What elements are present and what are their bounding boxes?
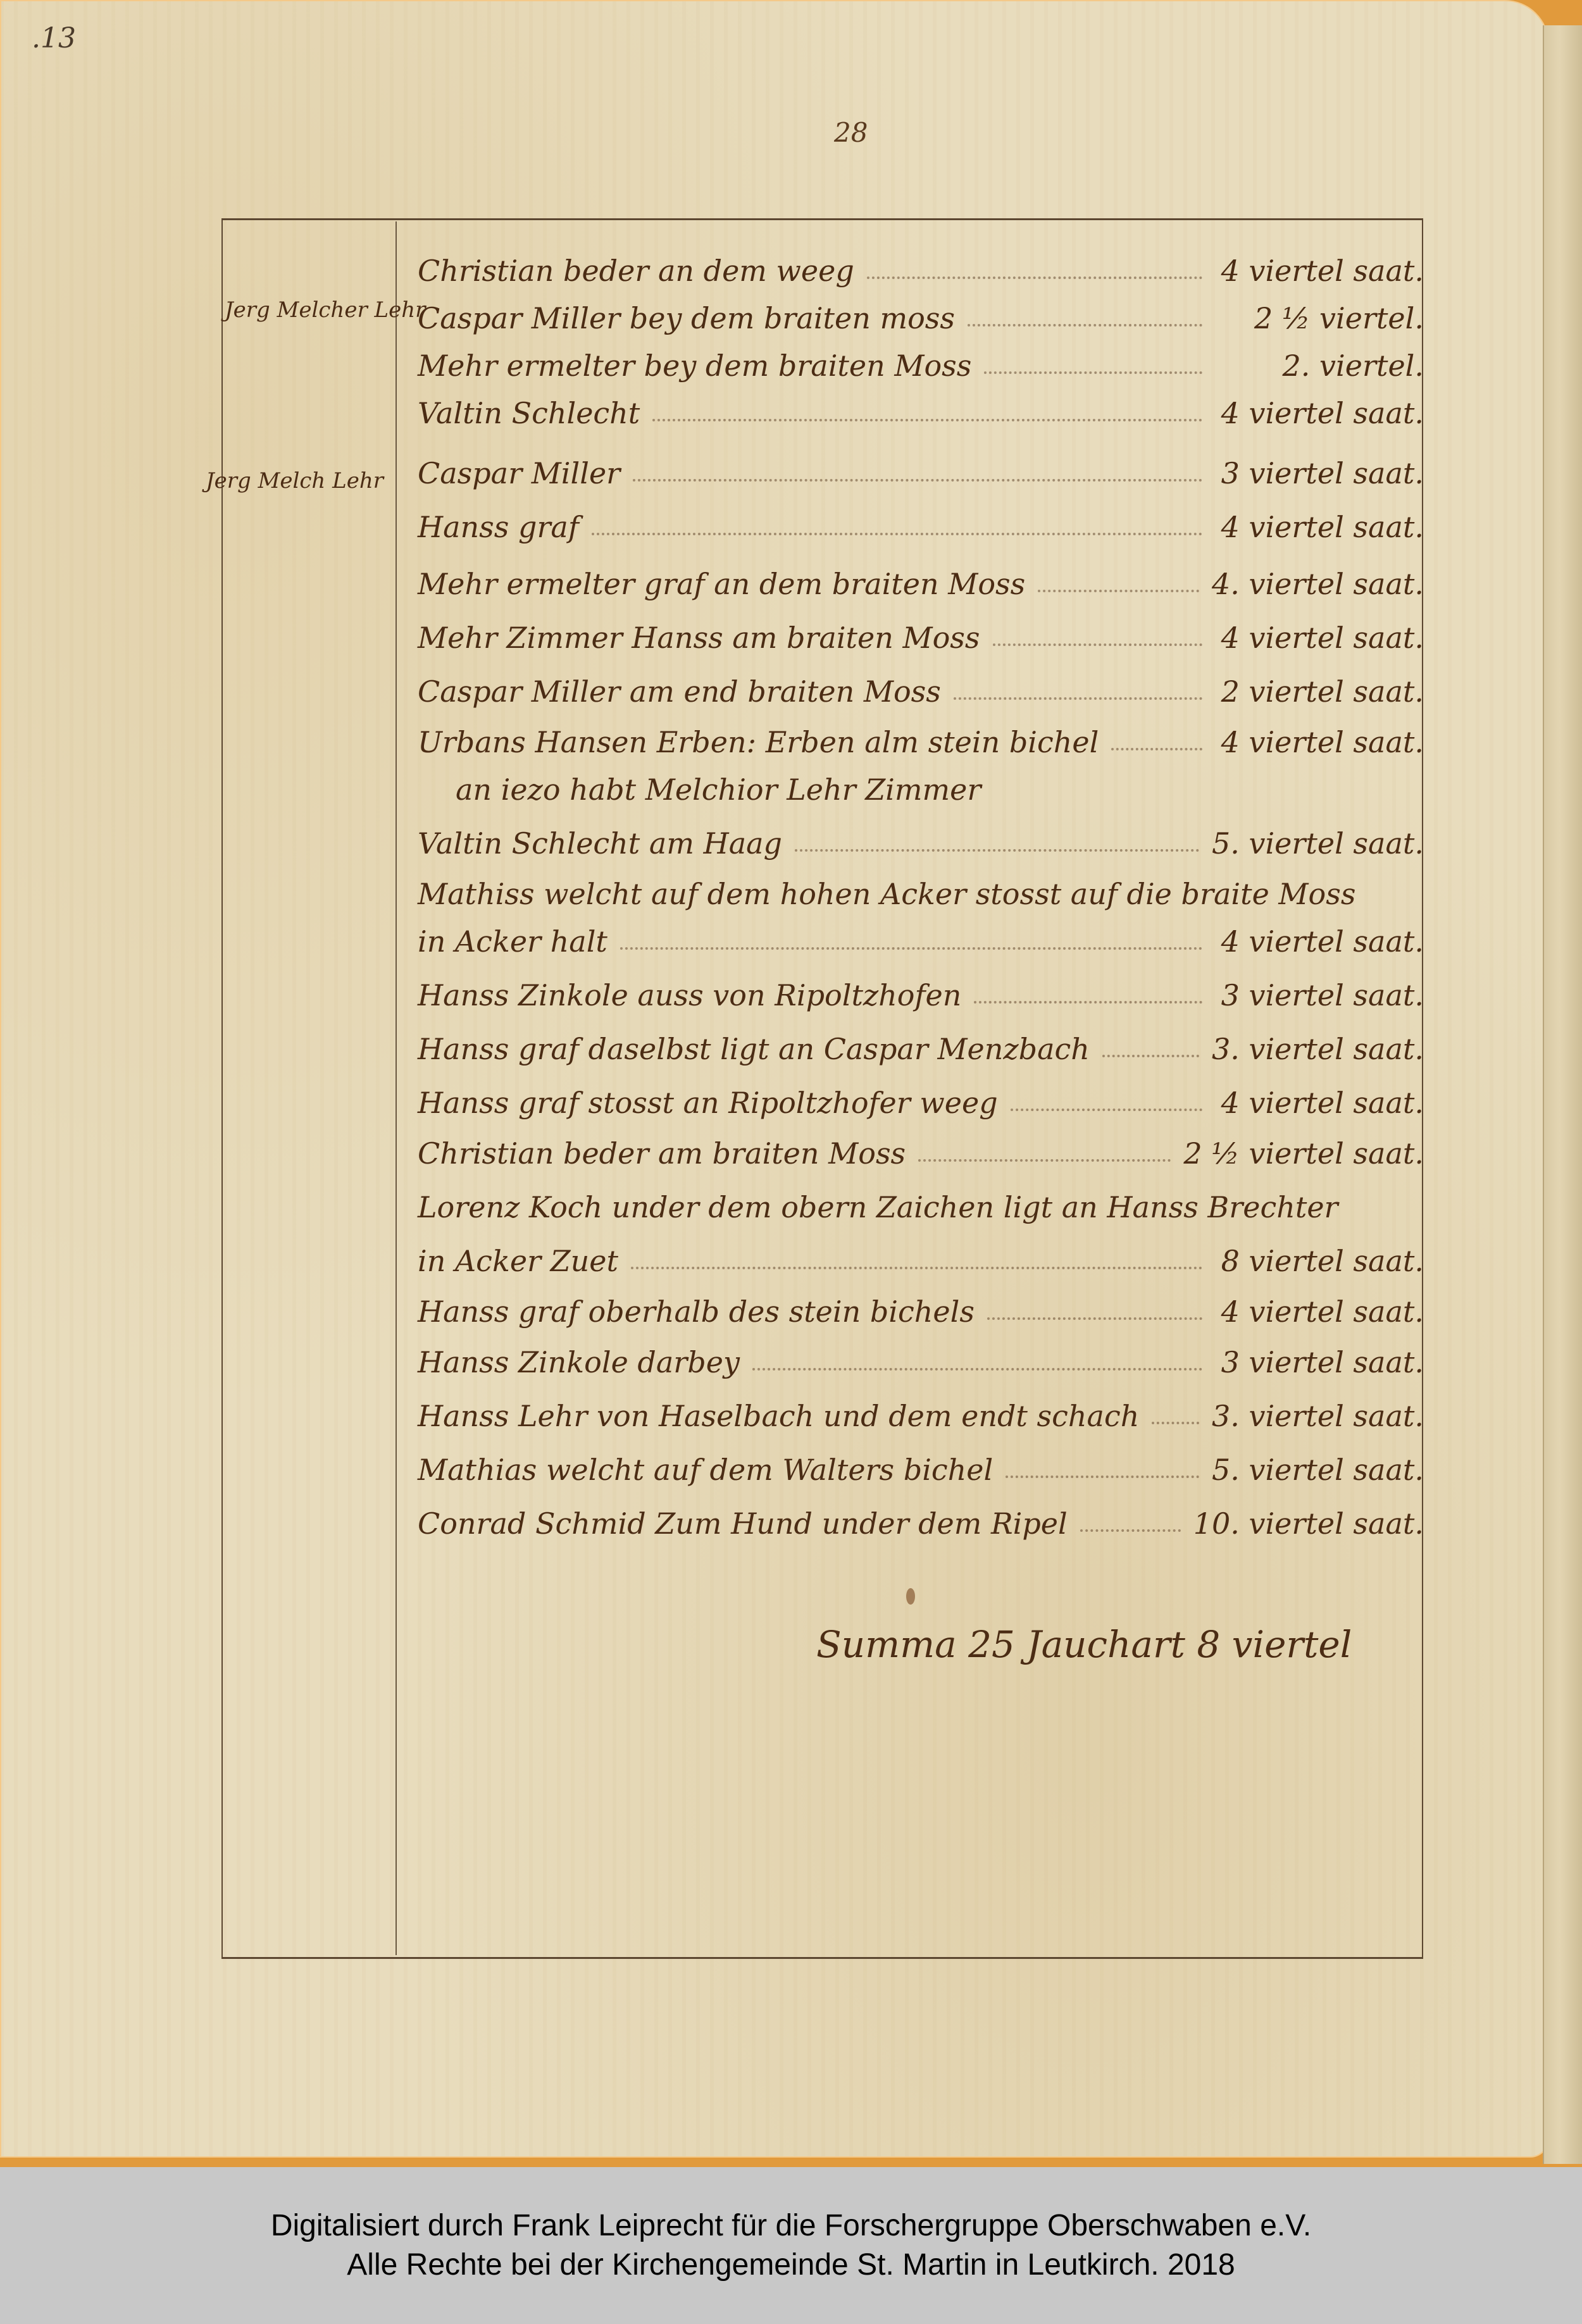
entry-text: Caspar Miller [418, 456, 620, 490]
entry-row: Hanss Zinkole auss von Ripoltzhofen3 vie… [418, 968, 1424, 1012]
margin-note: Jerg Melcher Lehr [225, 297, 425, 323]
entry-text: in Acker Zuet [418, 1244, 618, 1278]
entry-amount: 4 viertel saat. [1215, 621, 1424, 655]
entry-text: Mehr Zimmer Hanss am braiten Moss [418, 621, 980, 655]
entry-row: an iezo habt Melchior Lehr Zimmer [418, 762, 1424, 807]
entry-text: Valtin Schlecht am Haag [418, 826, 782, 861]
summa-total: Summa 25 Jauchart 8 viertel [816, 1623, 1352, 1666]
entry-amount: 2. viertel. [1215, 349, 1424, 383]
leader-dots [993, 643, 1202, 646]
entry-amount: 4 viertel saat. [1215, 510, 1424, 544]
entry-row: Mathiss welcht auf dem hohen Acker stoss… [418, 867, 1424, 911]
leader-dots [620, 947, 1202, 950]
leader-dots [918, 1159, 1171, 1162]
entry-amount: 4 viertel saat. [1215, 254, 1424, 288]
leader-dots [592, 533, 1202, 535]
entry-text: an iezo habt Melchior Lehr Zimmer [418, 773, 981, 807]
entry-text: Lorenz Koch under dem obern Zaichen ligt… [418, 1190, 1338, 1224]
leader-dots [1080, 1529, 1181, 1532]
entry-text: Hanss Zinkole auss von Ripoltzhofen [418, 978, 961, 1012]
page-number: 28 [834, 117, 868, 148]
ink-stain [906, 1588, 915, 1605]
margin-column-rule [395, 221, 397, 1955]
leader-dots [974, 1001, 1202, 1004]
entry-row: Caspar Miller bey dem braiten moss2 ½ vi… [418, 291, 1424, 335]
entry-row: Mehr ermelter graf an dem braiten Moss4.… [418, 557, 1424, 601]
entry-row: Caspar Miller am end braiten Moss2 viert… [418, 664, 1424, 709]
entry-text: Mathias welcht auf dem Walters bichel [418, 1453, 993, 1487]
leader-dots [795, 849, 1199, 852]
entry-amount: 8 viertel saat. [1215, 1244, 1424, 1278]
entry-row: Hanss graf4 viertel saat. [418, 500, 1424, 544]
leader-dots [987, 1317, 1202, 1320]
entry-row: Christian beder am braiten Moss2 ½ viert… [418, 1126, 1424, 1171]
entry-text: in Acker halt [418, 924, 607, 959]
leader-dots [1038, 590, 1199, 592]
entry-amount: 10. viertel saat. [1193, 1507, 1424, 1541]
entry-amount: 2 ½ viertel saat. [1183, 1136, 1424, 1171]
entry-amount: 3 viertel saat. [1215, 456, 1424, 490]
entry-text: Christian beder am braiten Moss [418, 1136, 906, 1171]
caption-line-2: Alle Rechte bei der Kirchengemeinde St. … [347, 2246, 1235, 2285]
margin-note: Jerg Melch Lehr [206, 468, 383, 494]
entry-row: Christian beder an dem weeg4 viertel saa… [418, 244, 1424, 288]
entry-text: Hanss graf daselbst ligt an Caspar Menzb… [418, 1032, 1090, 1066]
leader-dots [867, 277, 1202, 279]
entry-row: Urbans Hansen Erben: Erben alm stein bic… [418, 715, 1424, 759]
folio-number: .13 [32, 22, 76, 54]
entry-text: Caspar Miller am end braiten Moss [418, 674, 941, 709]
leader-dots [1006, 1476, 1199, 1478]
leader-dots [984, 371, 1202, 374]
entry-row: in Acker halt4 viertel saat. [418, 914, 1424, 959]
entry-amount: 2 viertel saat. [1215, 674, 1424, 709]
entry-amount: 3. viertel saat. [1212, 1399, 1424, 1433]
entry-amount: 4 viertel saat. [1215, 1086, 1424, 1120]
entry-row: Hanss graf daselbst ligt an Caspar Menzb… [418, 1022, 1424, 1066]
leader-dots [633, 479, 1202, 482]
entry-amount: 2 ½ viertel. [1215, 301, 1424, 335]
entry-text: Urbans Hansen Erben: Erben alm stein bic… [418, 725, 1099, 759]
leader-dots [631, 1267, 1202, 1269]
entry-amount: 3 viertel saat. [1215, 978, 1424, 1012]
entry-text: Caspar Miller bey dem braiten moss [418, 301, 955, 335]
entry-text: Mathiss welcht auf dem hohen Acker stoss… [418, 877, 1355, 911]
leader-dots [1011, 1109, 1202, 1111]
leader-dots [954, 697, 1202, 700]
caption-line-1: Digitalisiert durch Frank Leiprecht für … [271, 2206, 1311, 2246]
entry-row: Hanss Lehr von Haselbach und dem endt sc… [418, 1389, 1424, 1433]
entry-text: Hanss graf stosst an Ripoltzhofer weeg [418, 1086, 998, 1120]
entry-amount: 4 viertel saat. [1215, 1295, 1424, 1329]
entry-row: Lorenz Koch under dem obern Zaichen ligt… [418, 1180, 1424, 1224]
entry-row: Hanss graf oberhalb des stein bichels4 v… [418, 1284, 1424, 1329]
entry-text: Hanss Lehr von Haselbach und dem endt sc… [418, 1399, 1139, 1433]
manuscript-scan: .13 28 Jerg Melcher Lehr Jerg Melch Lehr… [0, 0, 1582, 2167]
entry-row: Valtin Schlecht am Haag5. viertel saat. [418, 816, 1424, 861]
entry-row: Hanss graf stosst an Ripoltzhofer weeg4 … [418, 1076, 1424, 1120]
leader-dots [1152, 1422, 1199, 1424]
entry-row: in Acker Zuet8 viertel saat. [418, 1234, 1424, 1278]
entry-amount: 3. viertel saat. [1212, 1032, 1424, 1066]
caption-bar: Digitalisiert durch Frank Leiprecht für … [0, 2167, 1582, 2324]
entry-amount: 4 viertel saat. [1215, 924, 1424, 959]
entry-row: Caspar Miller3 viertel saat. [418, 446, 1424, 490]
next-page-edge [1543, 25, 1582, 2164]
entry-text: Valtin Schlecht [418, 396, 640, 430]
leader-dots [652, 419, 1202, 421]
entry-row: Hanss Zinkole darbey3 viertel saat. [418, 1335, 1424, 1379]
entry-row: Mehr Zimmer Hanss am braiten Moss4 viert… [418, 611, 1424, 655]
entry-amount: 4 viertel saat. [1215, 725, 1424, 759]
entry-text: Hanss graf oberhalb des stein bichels [418, 1295, 975, 1329]
entry-text: Conrad Schmid Zum Hund under dem Ripel [418, 1507, 1068, 1541]
entry-text: Mehr ermelter bey dem braiten Moss [418, 349, 971, 383]
entry-text: Hanss Zinkole darbey [418, 1345, 740, 1379]
entry-row: Conrad Schmid Zum Hund under dem Ripel10… [418, 1496, 1424, 1541]
entry-text: Christian beder an dem weeg [418, 254, 854, 288]
entry-amount: 5. viertel saat. [1212, 1453, 1424, 1487]
entry-amount: 3 viertel saat. [1215, 1345, 1424, 1379]
entry-row: Valtin Schlecht4 viertel saat. [418, 386, 1424, 430]
entry-amount: 5. viertel saat. [1212, 826, 1424, 861]
leader-dots [1111, 748, 1202, 750]
entry-row: Mathias welcht auf dem Walters bichel5. … [418, 1443, 1424, 1487]
entry-amount: 4 viertel saat. [1215, 396, 1424, 430]
leader-dots [1102, 1055, 1199, 1057]
entry-text: Hanss graf [418, 510, 579, 544]
entry-row: Mehr ermelter bey dem braiten Moss2. vie… [418, 339, 1424, 383]
leader-dots [968, 324, 1202, 326]
entry-amount: 4. viertel saat. [1212, 567, 1424, 601]
leader-dots [752, 1368, 1202, 1370]
entry-text: Mehr ermelter graf an dem braiten Moss [418, 567, 1025, 601]
